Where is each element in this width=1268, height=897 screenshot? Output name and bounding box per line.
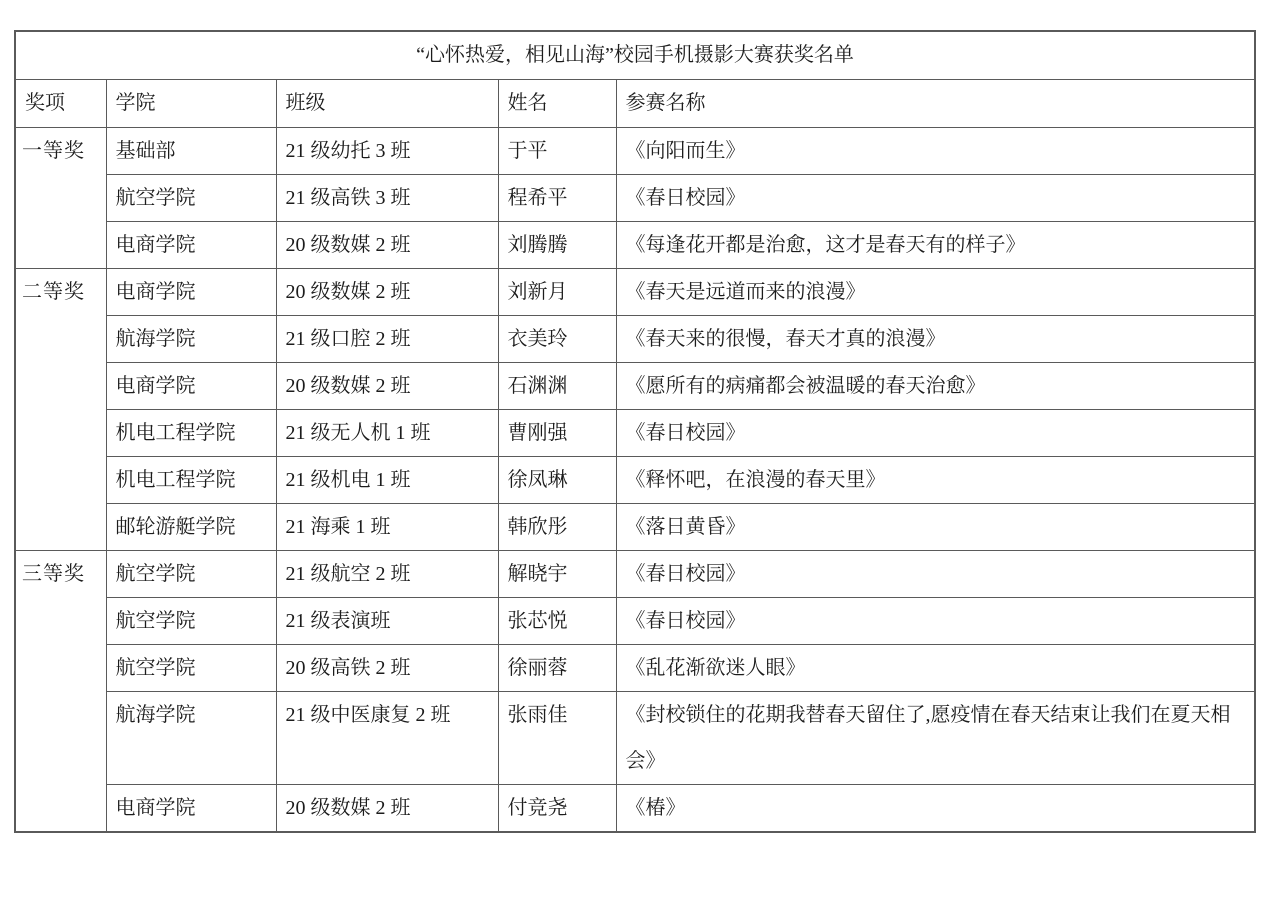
column-header-entry: 参赛名称 <box>616 80 1255 128</box>
class-cell: 20 级数媒 2 班 <box>276 785 498 833</box>
college-cell: 航空学院 <box>106 598 276 645</box>
name-cell: 曹刚强 <box>498 410 616 457</box>
class-cell: 21 级航空 2 班 <box>276 551 498 598</box>
college-cell: 机电工程学院 <box>106 457 276 504</box>
college-cell: 航空学院 <box>106 645 276 692</box>
entry-cell: 《春日校园》 <box>616 175 1255 222</box>
header-row: 奖项 学院 班级 姓名 参赛名称 <box>15 80 1255 128</box>
class-cell: 21 海乘 1 班 <box>276 504 498 551</box>
college-cell: 基础部 <box>106 128 276 175</box>
title-row: “心怀热爱，相见山海”校园手机摄影大赛获奖名单 <box>15 31 1255 80</box>
table-row: 二等奖电商学院20 级数媒 2 班刘新月《春天是远道而来的浪漫》 <box>15 269 1255 316</box>
entry-cell: 《每逢花开都是治愈，这才是春天有的样子》 <box>616 222 1255 269</box>
class-cell: 21 级高铁 3 班 <box>276 175 498 222</box>
column-header-name: 姓名 <box>498 80 616 128</box>
college-cell: 电商学院 <box>106 363 276 410</box>
entry-cell: 《愿所有的病痛都会被温暖的春天治愈》 <box>616 363 1255 410</box>
college-cell: 电商学院 <box>106 785 276 833</box>
entry-cell: 《释怀吧，在浪漫的春天里》 <box>616 457 1255 504</box>
name-cell: 张芯悦 <box>498 598 616 645</box>
entry-cell: 《乱花渐欲迷人眼》 <box>616 645 1255 692</box>
column-header-award: 奖项 <box>15 80 106 128</box>
table-row: 航空学院21 级表演班张芯悦《春日校园》 <box>15 598 1255 645</box>
table-row: 电商学院20 级数媒 2 班付竞尧《椿》 <box>15 785 1255 833</box>
table-row: 航空学院21 级高铁 3 班程希平《春日校园》 <box>15 175 1255 222</box>
entry-cell: 《落日黄昏》 <box>616 504 1255 551</box>
college-cell: 航海学院 <box>106 316 276 363</box>
entry-cell: 《封校锁住的花期我替春天留住了,愿疫情在春天结束让我们在夏天相会》 <box>616 692 1255 785</box>
award-cell: 一等奖 <box>15 128 106 269</box>
college-cell: 邮轮游艇学院 <box>106 504 276 551</box>
entry-cell: 《向阳而生》 <box>616 128 1255 175</box>
name-cell: 解晓宇 <box>498 551 616 598</box>
class-cell: 21 级表演班 <box>276 598 498 645</box>
table-row: 机电工程学院21 级机电 1 班徐凤琳《释怀吧，在浪漫的春天里》 <box>15 457 1255 504</box>
college-cell: 航空学院 <box>106 175 276 222</box>
table-row: 机电工程学院21 级无人机 1 班曹刚强《春日校园》 <box>15 410 1255 457</box>
name-cell: 徐凤琳 <box>498 457 616 504</box>
table-row: 航海学院21 级口腔 2 班衣美玲《春天来的很慢，春天才真的浪漫》 <box>15 316 1255 363</box>
entry-cell: 《春天来的很慢，春天才真的浪漫》 <box>616 316 1255 363</box>
column-header-class: 班级 <box>276 80 498 128</box>
class-cell: 20 级数媒 2 班 <box>276 363 498 410</box>
name-cell: 韩欣彤 <box>498 504 616 551</box>
college-cell: 航海学院 <box>106 692 276 785</box>
table-row: 航海学院21 级中医康复 2 班张雨佳《封校锁住的花期我替春天留住了,愿疫情在春… <box>15 692 1255 785</box>
table-row: 航空学院20 级高铁 2 班徐丽蓉《乱花渐欲迷人眼》 <box>15 645 1255 692</box>
entry-cell: 《春日校园》 <box>616 598 1255 645</box>
college-cell: 航空学院 <box>106 551 276 598</box>
name-cell: 程希平 <box>498 175 616 222</box>
class-cell: 20 级高铁 2 班 <box>276 645 498 692</box>
name-cell: 张雨佳 <box>498 692 616 785</box>
class-cell: 20 级数媒 2 班 <box>276 269 498 316</box>
page-title: “心怀热爱，相见山海”校园手机摄影大赛获奖名单 <box>15 31 1255 80</box>
college-cell: 电商学院 <box>106 222 276 269</box>
name-cell: 刘腾腾 <box>498 222 616 269</box>
class-cell: 21 级口腔 2 班 <box>276 316 498 363</box>
entry-cell: 《椿》 <box>616 785 1255 833</box>
name-cell: 石渊渊 <box>498 363 616 410</box>
name-cell: 于平 <box>498 128 616 175</box>
table-row: 一等奖基础部21 级幼托 3 班于平《向阳而生》 <box>15 128 1255 175</box>
table-row: 电商学院20 级数媒 2 班刘腾腾《每逢花开都是治愈，这才是春天有的样子》 <box>15 222 1255 269</box>
class-cell: 21 级中医康复 2 班 <box>276 692 498 785</box>
class-cell: 21 级无人机 1 班 <box>276 410 498 457</box>
award-cell: 二等奖 <box>15 269 106 551</box>
class-cell: 21 级幼托 3 班 <box>276 128 498 175</box>
table-row: 三等奖航空学院21 级航空 2 班解晓宇《春日校园》 <box>15 551 1255 598</box>
awards-table: “心怀热爱，相见山海”校园手机摄影大赛获奖名单 奖项 学院 班级 姓名 参赛名称… <box>14 30 1256 833</box>
award-cell: 三等奖 <box>15 551 106 833</box>
name-cell: 刘新月 <box>498 269 616 316</box>
college-cell: 机电工程学院 <box>106 410 276 457</box>
name-cell: 付竞尧 <box>498 785 616 833</box>
column-header-college: 学院 <box>106 80 276 128</box>
class-cell: 21 级机电 1 班 <box>276 457 498 504</box>
entry-cell: 《春日校园》 <box>616 410 1255 457</box>
table-row: 邮轮游艇学院21 海乘 1 班韩欣彤《落日黄昏》 <box>15 504 1255 551</box>
name-cell: 徐丽蓉 <box>498 645 616 692</box>
college-cell: 电商学院 <box>106 269 276 316</box>
entry-cell: 《春日校园》 <box>616 551 1255 598</box>
entry-cell: 《春天是远道而来的浪漫》 <box>616 269 1255 316</box>
table-row: 电商学院20 级数媒 2 班石渊渊《愿所有的病痛都会被温暖的春天治愈》 <box>15 363 1255 410</box>
name-cell: 衣美玲 <box>498 316 616 363</box>
awards-tbody: 一等奖基础部21 级幼托 3 班于平《向阳而生》航空学院21 级高铁 3 班程希… <box>15 128 1255 833</box>
class-cell: 20 级数媒 2 班 <box>276 222 498 269</box>
